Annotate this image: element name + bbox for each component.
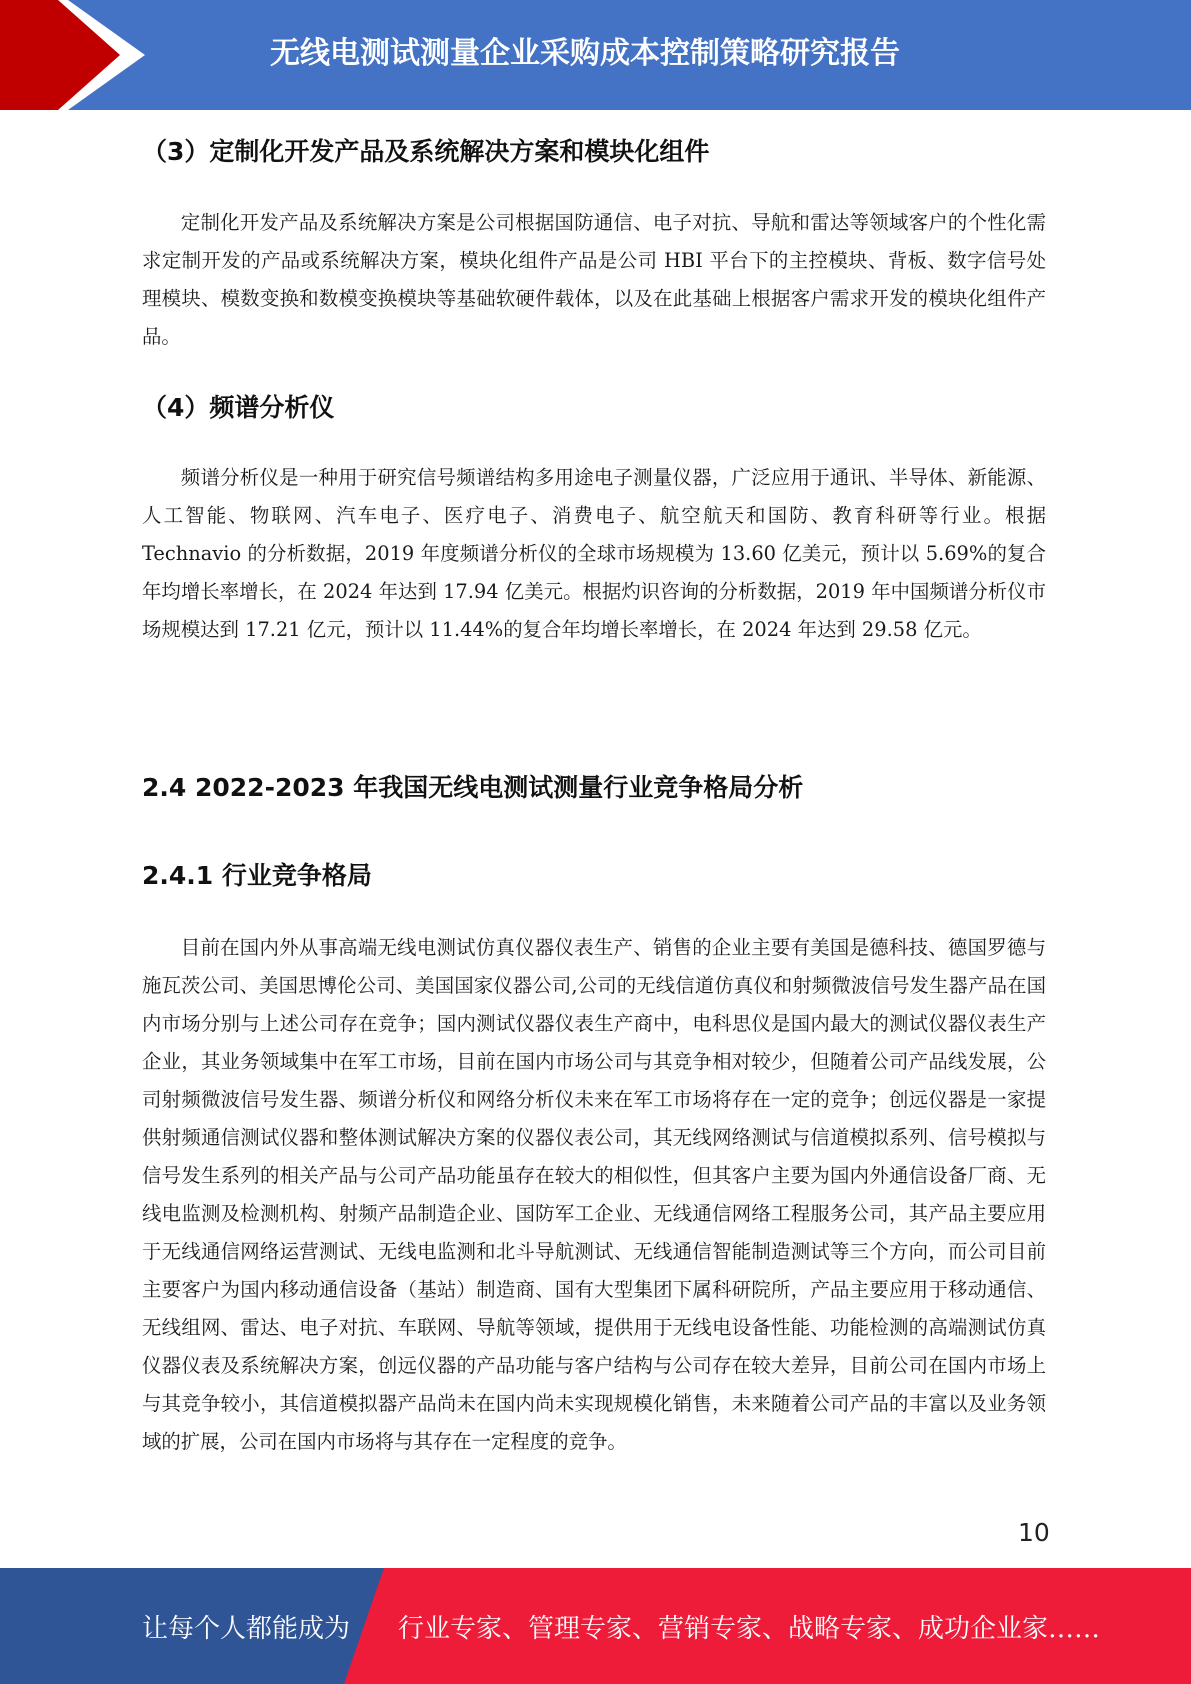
header-banner: 无线电测试测量企业采购成本控制策略研究报告 bbox=[0, 0, 1191, 110]
section-heading-3: （3）定制化开发产品及系统解决方案和模块化组件 bbox=[142, 132, 709, 168]
chapter-heading-2-4: 2.4 2022-2023 年我国无线电测试测量行业竞争格局分析 bbox=[142, 768, 803, 804]
section-heading-4: （4）频谱分析仪 bbox=[142, 388, 334, 424]
report-title: 无线电测试测量企业采购成本控制策略研究报告 bbox=[270, 28, 900, 72]
section-3-paragraph: 定制化开发产品及系统解决方案是公司根据国防通信、电子对抗、导航和雷达等领域客户的… bbox=[142, 204, 1046, 356]
section-heading-2-4-1: 2.4.1 行业竞争格局 bbox=[142, 856, 372, 892]
section-2-4-1-paragraph: 目前在国内外从事高端无线电测试仿真仪器仪表生产、销售的企业主要有美国是德科技、德… bbox=[142, 929, 1046, 1461]
page-number: 10 bbox=[1018, 1518, 1050, 1547]
footer-slogan-left: 让每个人都能成为 bbox=[142, 1608, 350, 1645]
footer-slogan-right: 行业专家、管理专家、营销专家、战略专家、成功企业家…… bbox=[398, 1608, 1100, 1645]
section-4-paragraph: 频谱分析仪是一种用于研究信号频谱结构多用途电子测量仪器，广泛应用于通讯、半导体、… bbox=[142, 459, 1046, 649]
footer-banner: 让每个人都能成为 行业专家、管理专家、营销专家、战略专家、成功企业家…… bbox=[0, 1568, 1191, 1684]
